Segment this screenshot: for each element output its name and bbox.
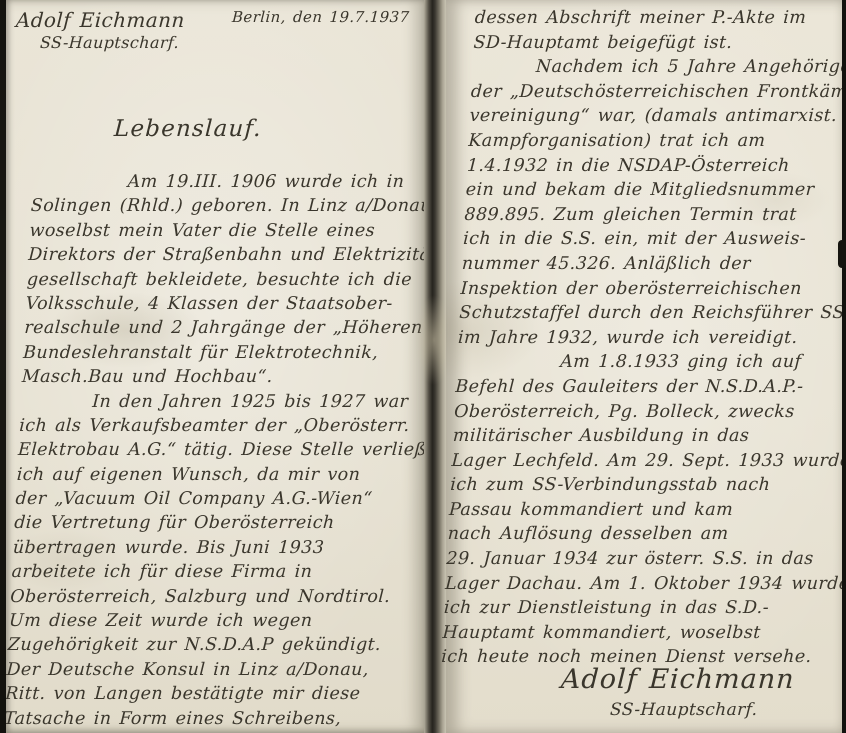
- handwriting-line: Der Deutsche Konsul in Linz a/Donau,: [6, 658, 419, 682]
- handwriting-line: Schutzstaffel durch den Reichsführer SS,: [459, 301, 846, 326]
- scan-edge-right: [842, 0, 846, 733]
- document-title: Lebenslauf.: [113, 116, 262, 142]
- handwriting-line: dessen Abschrift meiner P.-Akte im: [474, 6, 846, 31]
- handwriting-line: nummer 45.326. Anläßlich der: [461, 252, 846, 277]
- handwriting-line: Elektrobau A.G.“ tätig. Diese Stelle ver…: [17, 438, 430, 462]
- dateline: Berlin, den 19.7.1937: [232, 8, 410, 26]
- handwriting-line: ich in die S.S. ein, mit der Ausweis-: [463, 227, 846, 252]
- handwriting-line: Am 19.III. 1906 wurde ich in: [31, 170, 444, 194]
- handwriting-line: im Jahre 1932, wurde ich vereidigt.: [457, 326, 846, 351]
- handwriting-line: Masch.Bau und Hochbau“.: [21, 365, 434, 389]
- handwriting-line: ein und bekam die Mitgliedsnummer: [465, 178, 846, 203]
- handwriting-line: Inspektion der oberösterreichischen: [460, 277, 846, 302]
- right-page-body: dessen Abschrift meiner P.-Akte imSD-Hau…: [441, 6, 846, 670]
- handwriting-line: Lager Lechfeld. Am 29. Sept. 1933 wurde: [451, 449, 842, 474]
- handwriting-line: Um diese Zeit wurde ich wegen: [8, 609, 421, 633]
- handwriting-line: SD-Hauptamt beigefügt ist.: [473, 31, 846, 56]
- handwriting-line: arbeitete ich für diese Firma in: [11, 560, 424, 584]
- handwriting-line: nach Auflösung desselben am: [447, 522, 838, 547]
- author-rank: SS-Hauptscharf.: [40, 33, 180, 52]
- handwriting-line: Passau kommandiert und kam: [448, 498, 839, 523]
- handwriting-line: 29. Januar 1934 zur österr. S.S. in das: [446, 547, 837, 572]
- handwriting-line: Ritt. von Langen bestätigte mir diese: [5, 682, 418, 706]
- page-right: dessen Abschrift meiner P.-Akte imSD-Hau…: [446, 0, 843, 733]
- handwriting-line: Direktors der Straßenbahn und Elektrizit…: [28, 243, 441, 267]
- author-name: Adolf Eichmann: [15, 8, 185, 32]
- handwriting-line: Befehl des Gauleiters der N.S.D.A.P.-: [455, 375, 846, 400]
- signature-name: Adolf Eichmann: [560, 664, 795, 695]
- handwriting-line: Lager Dachau. Am 1. Oktober 1934 wurde: [444, 572, 835, 597]
- document-scan: Adolf Eichmann SS-Hauptscharf. Berlin, d…: [0, 0, 846, 733]
- handwriting-line: Hauptamt kommandiert, woselbst: [442, 621, 833, 646]
- handwriting-line: Tatsache in Form eines Schreibens,: [3, 707, 416, 731]
- handwriting-line: ich als Verkaufsbeamter der „Oberösterr.: [19, 414, 432, 438]
- handwriting-line: Volksschule, 4 Klassen der Staatsober-: [25, 292, 438, 316]
- page-left: Adolf Eichmann SS-Hauptscharf. Berlin, d…: [6, 0, 424, 733]
- handwriting-line: Oberösterreich, Pg. Bolleck, zwecks: [453, 400, 844, 425]
- left-page-body: Am 19.III. 1906 wurde ich inSolingen (Rh…: [3, 170, 444, 731]
- handwriting-line: der „Deutschösterreichischen Frontkämpfe…: [470, 80, 846, 105]
- scan-edge-left: [0, 0, 6, 733]
- handwriting-line: Nachdem ich 5 Jahre Angehöriger: [472, 55, 846, 80]
- scan-edge-mark: [838, 240, 846, 268]
- handwriting-line: In den Jahren 1925 bis 1927 war: [20, 390, 433, 414]
- handwriting-line: Solingen (Rhld.) geboren. In Linz a/Dona…: [30, 194, 443, 218]
- handwriting-line: der „Vacuum Oil Company A.G.-Wien“: [15, 487, 428, 511]
- handwriting-line: Oberösterreich, Salzburg und Nordtirol.: [10, 585, 423, 609]
- handwriting-line: Kampforganisation) trat ich am: [468, 129, 846, 154]
- handwriting-line: vereinigung“ war, (damals antimarxist.: [469, 104, 846, 129]
- handwriting-line: Bundeslehranstalt für Elektrotechnik,: [22, 341, 435, 365]
- handwriting-line: gesellschaft bekleidete, besuchte ich di…: [26, 268, 439, 292]
- handwriting-line: 1.4.1932 in die NSDAP-Österreich: [466, 154, 846, 179]
- handwriting-line: Am 1.8.1933 ging ich auf: [456, 350, 846, 375]
- handwriting-line: realschule und 2 Jahrgänge der „Höheren: [24, 316, 437, 340]
- handwriting-line: 889.895. Zum gleichen Termin trat: [464, 203, 846, 228]
- signature-rank: SS-Hauptscharf.: [609, 700, 758, 720]
- handwriting-line: ich auf eigenen Wunsch, da mir von: [16, 463, 429, 487]
- handwriting-line: ich zur Dienstleistung in das S.D.-: [443, 596, 834, 621]
- handwriting-line: militärischer Ausbildung in das: [452, 424, 843, 449]
- handwriting-line: woselbst mein Vater die Stelle eines: [29, 219, 442, 243]
- handwriting-line: übertragen wurde. Bis Juni 1933: [12, 536, 425, 560]
- handwriting-line: ich zum SS-Verbindungsstab nach: [450, 473, 841, 498]
- handwriting-line: Zugehörigkeit zur N.S.D.A.P gekündigt.: [7, 633, 420, 657]
- handwriting-line: die Vertretung für Oberösterreich: [14, 511, 427, 535]
